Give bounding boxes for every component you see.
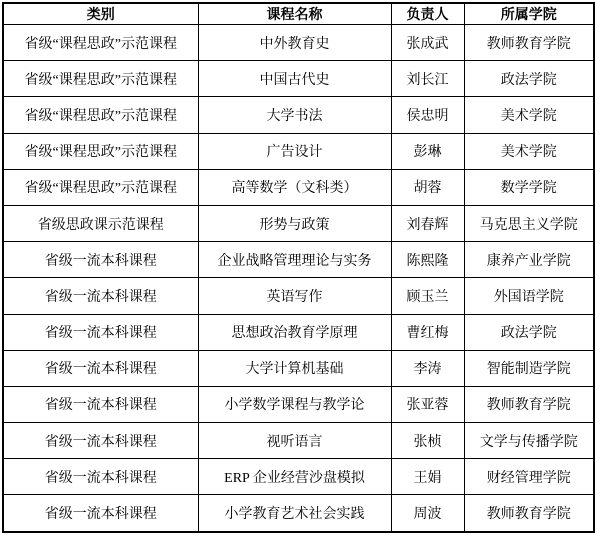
cell-category: 省级“课程思政”示范课程 bbox=[3, 169, 198, 205]
cell-college: 智能制造学院 bbox=[464, 350, 594, 386]
cell-course-name: 中国古代史 bbox=[198, 61, 391, 97]
cell-course-name: 大学计算机基础 bbox=[198, 350, 391, 386]
cell-leader: 张亚蓉 bbox=[391, 386, 464, 422]
cell-course-name: 思想政治教育学原理 bbox=[198, 314, 391, 350]
cell-leader: 王娟 bbox=[391, 459, 464, 495]
column-header-category: 类别 bbox=[3, 3, 198, 25]
cell-course-name: 广告设计 bbox=[198, 133, 391, 169]
table-row: 省级“课程思政”示范课程 高等数学（文科类） 胡蓉 数学学院 bbox=[3, 169, 594, 205]
table-row: 省级一流本科课程 企业战略管理理论与实务 陈熙隆 康养产业学院 bbox=[3, 242, 594, 278]
cell-college: 教师教育学院 bbox=[464, 495, 594, 532]
table-row: 省级“课程思政”示范课程 大学书法 侯忠明 美术学院 bbox=[3, 97, 594, 133]
cell-course-name: 小学教育艺术社会实践 bbox=[198, 495, 391, 532]
cell-college: 美术学院 bbox=[464, 97, 594, 133]
cell-course-name: 中外教育史 bbox=[198, 25, 391, 61]
table-row: 省级一流本科课程 视听语言 张桢 文学与传播学院 bbox=[3, 423, 594, 459]
cell-leader: 周波 bbox=[391, 495, 464, 532]
cell-category: 省级一流本科课程 bbox=[3, 386, 198, 422]
cell-college: 数学学院 bbox=[464, 169, 594, 205]
cell-category: 省级“课程思政”示范课程 bbox=[3, 97, 198, 133]
cell-leader: 张桢 bbox=[391, 423, 464, 459]
page: 类别 课程名称 负责人 所属学院 省级“课程思政”示范课程 中外教育史 张成武 … bbox=[0, 0, 595, 535]
cell-category: 省级“课程思政”示范课程 bbox=[3, 61, 198, 97]
cell-leader: 刘春辉 bbox=[391, 205, 464, 241]
column-header-course-name: 课程名称 bbox=[198, 3, 391, 25]
cell-course-name: 小学数学课程与教学论 bbox=[198, 386, 391, 422]
cell-category: 省级一流本科课程 bbox=[3, 278, 198, 314]
cell-leader: 曹红梅 bbox=[391, 314, 464, 350]
table-row: 省级思政课示范课程 形势与政策 刘春辉 马克思主义学院 bbox=[3, 205, 594, 241]
header-row: 类别 课程名称 负责人 所属学院 bbox=[3, 3, 594, 25]
cell-leader: 彭琳 bbox=[391, 133, 464, 169]
cell-college: 教师教育学院 bbox=[464, 25, 594, 61]
cell-leader: 刘长江 bbox=[391, 61, 464, 97]
cell-category: 省级一流本科课程 bbox=[3, 314, 198, 350]
cell-category: 省级一流本科课程 bbox=[3, 459, 198, 495]
table-row: 省级一流本科课程 小学数学课程与教学论 张亚蓉 教师教育学院 bbox=[3, 386, 594, 422]
cell-leader: 张成武 bbox=[391, 25, 464, 61]
cell-leader: 侯忠明 bbox=[391, 97, 464, 133]
cell-course-name: 企业战略管理理论与实务 bbox=[198, 242, 391, 278]
table-row: 省级“课程思政”示范课程 广告设计 彭琳 美术学院 bbox=[3, 133, 594, 169]
cell-category: 省级“课程思政”示范课程 bbox=[3, 133, 198, 169]
cell-category: 省级一流本科课程 bbox=[3, 350, 198, 386]
cell-category: 省级一流本科课程 bbox=[3, 423, 198, 459]
cell-college: 美术学院 bbox=[464, 133, 594, 169]
cell-course-name: 英语写作 bbox=[198, 278, 391, 314]
cell-category: 省级思政课示范课程 bbox=[3, 205, 198, 241]
column-header-college: 所属学院 bbox=[464, 3, 594, 25]
table-row: 省级一流本科课程 英语写作 顾玉兰 外国语学院 bbox=[3, 278, 594, 314]
cell-college: 教师教育学院 bbox=[464, 386, 594, 422]
cell-course-name: 大学书法 bbox=[198, 97, 391, 133]
course-table: 类别 课程名称 负责人 所属学院 省级“课程思政”示范课程 中外教育史 张成武 … bbox=[2, 2, 595, 533]
table-row: 省级一流本科课程 大学计算机基础 李涛 智能制造学院 bbox=[3, 350, 594, 386]
table-row: 省级一流本科课程 小学教育艺术社会实践 周波 教师教育学院 bbox=[3, 495, 594, 532]
cell-leader: 胡蓉 bbox=[391, 169, 464, 205]
cell-category: 省级“课程思政”示范课程 bbox=[3, 25, 198, 61]
cell-category: 省级一流本科课程 bbox=[3, 242, 198, 278]
cell-course-name: 视听语言 bbox=[198, 423, 391, 459]
column-header-leader: 负责人 bbox=[391, 3, 464, 25]
cell-college: 康养产业学院 bbox=[464, 242, 594, 278]
table-row: 省级“课程思政”示范课程 中国古代史 刘长江 政法学院 bbox=[3, 61, 594, 97]
cell-college: 马克思主义学院 bbox=[464, 205, 594, 241]
cell-college: 财经管理学院 bbox=[464, 459, 594, 495]
table-row: 省级一流本科课程 ERP 企业经营沙盘模拟 王娟 财经管理学院 bbox=[3, 459, 594, 495]
cell-category: 省级一流本科课程 bbox=[3, 495, 198, 532]
cell-leader: 陈熙隆 bbox=[391, 242, 464, 278]
cell-college: 文学与传播学院 bbox=[464, 423, 594, 459]
cell-leader: 李涛 bbox=[391, 350, 464, 386]
table-row: 省级“课程思政”示范课程 中外教育史 张成武 教师教育学院 bbox=[3, 25, 594, 61]
cell-course-name: ERP 企业经营沙盘模拟 bbox=[198, 459, 391, 495]
cell-leader: 顾玉兰 bbox=[391, 278, 464, 314]
cell-college: 外国语学院 bbox=[464, 278, 594, 314]
cell-course-name: 高等数学（文科类） bbox=[198, 169, 391, 205]
table-body: 省级“课程思政”示范课程 中外教育史 张成武 教师教育学院 省级“课程思政”示范… bbox=[3, 25, 594, 533]
cell-course-name: 形势与政策 bbox=[198, 205, 391, 241]
table-row: 省级一流本科课程 思想政治教育学原理 曹红梅 政法学院 bbox=[3, 314, 594, 350]
cell-college: 政法学院 bbox=[464, 314, 594, 350]
cell-college: 政法学院 bbox=[464, 61, 594, 97]
